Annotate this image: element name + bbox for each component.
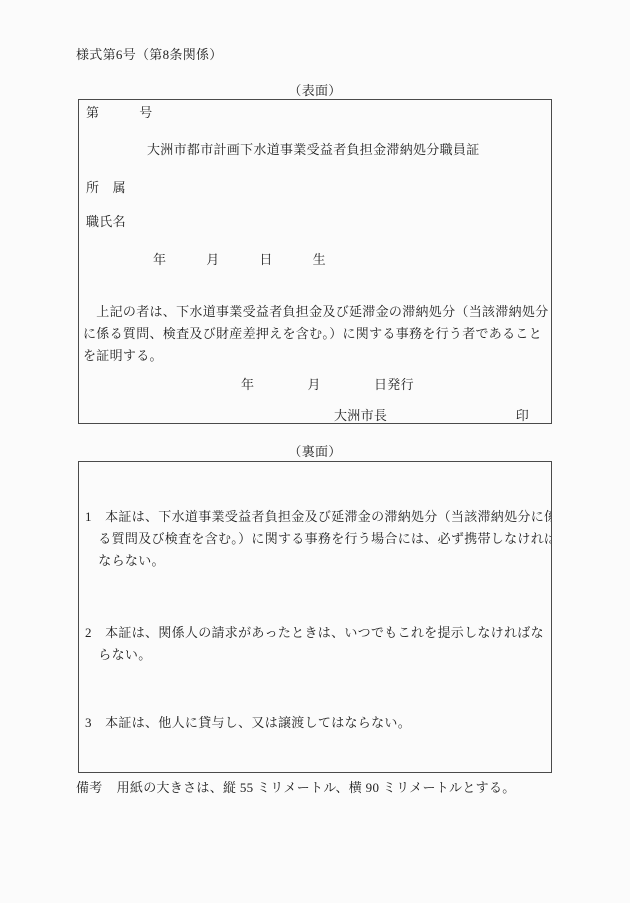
remarks-note: 備考 用紙の大きさは、縦 55 ミリメートル、横 90 ミリメートルとする。: [76, 779, 516, 796]
form-number-label: 様式第6号（第8条関係）: [76, 46, 223, 63]
front-card: 第 号 大洲市都市計画下水道事業受益者負担金滞納処分職員証 所 属 職氏名 年 …: [78, 99, 552, 424]
back-rule-3: 3 本証は、他人に貸与し、又は譲渡してはならない。: [79, 712, 551, 734]
document-page: 様式第6号（第8条関係） （表面） 第 号 大洲市都市計画下水道事業受益者負担金…: [0, 0, 630, 903]
affiliation-label: 所 属: [79, 179, 551, 196]
front-side-label: （表面）: [78, 83, 552, 99]
back-rule-1: 1 本証は、下水道事業受益者負担金及び延滞金の滞納処分（当該滞納処分に係 る質問…: [79, 506, 551, 572]
issuer-row: 大洲市長 印: [79, 407, 551, 424]
seal-mark: 印: [516, 407, 529, 424]
certificate-title: 大洲市都市計画下水道事業受益者負担金滞納処分職員証: [79, 141, 551, 158]
back-side-label: （裏面）: [78, 444, 552, 460]
certificate-number-line: 第 号: [79, 104, 551, 121]
name-label: 職氏名: [79, 213, 551, 230]
birthdate-line: 年 月 日 生: [79, 251, 551, 268]
remarks-label: 備考: [76, 779, 103, 796]
certification-text: 上記の者は、下水道事業受益者負担金及び延滞金の滞納処分（当該滞納処分 に係る質問…: [79, 301, 551, 367]
back-card: 1 本証は、下水道事業受益者負担金及び延滞金の滞納処分（当該滞納処分に係 る質問…: [78, 461, 552, 773]
remarks-text: 用紙の大きさは、縦 55 ミリメートル、横 90 ミリメートルとする。: [117, 779, 516, 796]
issue-date-line: 年 月 日発行: [79, 376, 551, 393]
back-rule-2: 2 本証は、関係人の請求があったときは、いつでもこれを提示しなければな らない。: [79, 622, 551, 666]
issuer-name: 大洲市長: [334, 407, 387, 424]
